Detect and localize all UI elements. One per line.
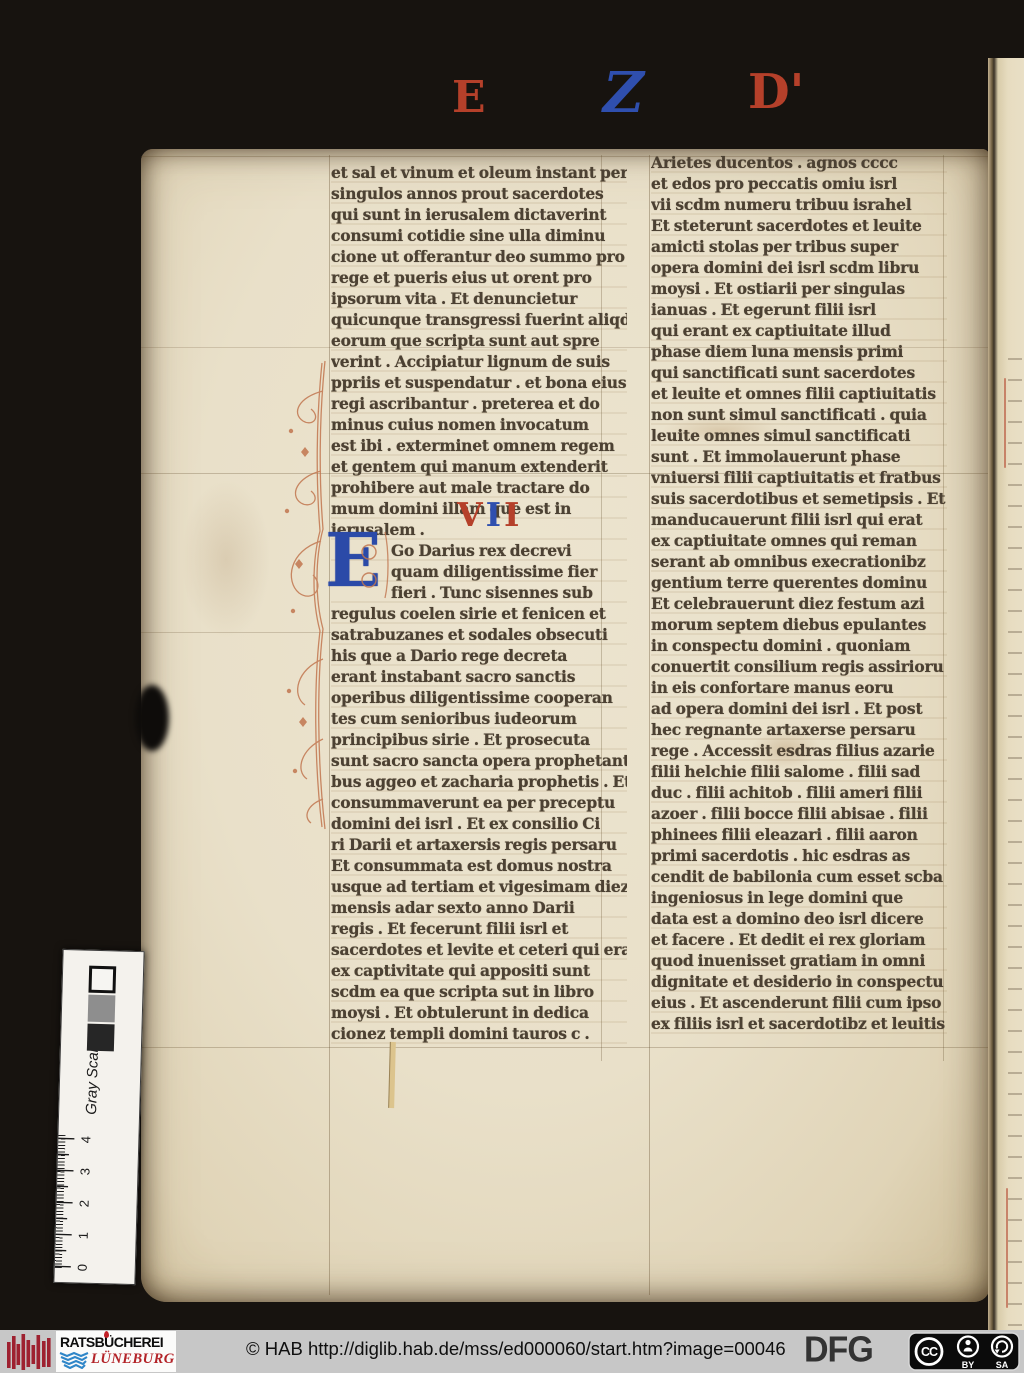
manuscript-line: usque ad tertiam et vigesimam diez [331,876,627,897]
manuscript-line: moysi . Et obtulerunt in dedica [331,1002,627,1023]
manuscript-line: et facere . Et dedit ei rex gloriam [651,929,947,950]
svg-text:SA: SA [996,1360,1009,1370]
ruler-number: 4 [78,1136,93,1144]
marginal-filigree-icon [279,359,331,831]
manuscript-line: cionez templi domini tauros c . [331,1023,627,1044]
manuscript-line: suis sacerdotibus et semetipsis . Et [651,488,947,509]
manuscript-line: sunt . Et immolauerunt phase [651,446,947,467]
ruler-number: 3 [77,1168,92,1176]
manuscript-line: opera domini dei isrl scdm libru [651,257,947,278]
manuscript-line: in conspectu domini . quoniam [651,635,947,656]
ruler-number: 2 [76,1200,91,1208]
folio-header-letter: D' [748,64,804,120]
copyright-url: © HAB http://diglib.hab.de/mss/ed000060/… [246,1338,786,1360]
manuscript-line: duc . filii achitob . filii ameri filii [651,782,947,803]
manuscript-line: moysi . Et ostiarii per singulas [651,278,947,299]
text-column-right: Arietes ducentos . agnos ccccet edos pro… [651,152,947,1038]
manuscript-line: regis . Et fecerunt filii isrl et [331,918,627,939]
ruler-number: 1 [76,1232,91,1240]
manuscript-line: azoer . filii bocce filii abisae . filii [651,803,947,824]
gray-patch-black [87,1024,115,1052]
waves-icon [59,1351,89,1369]
manuscript-line: quod inuenisset gratiam in omni [651,950,947,971]
manuscript-line: ad opera domini dei isrl . Et post [651,698,947,719]
manuscript-line: eorum que scripta sunt aut spre [331,330,627,351]
manuscript-line: ianuas . Et egerunt filii isrl [651,299,947,320]
manuscript-line: erant instabant sacro sanctis [331,666,627,687]
manuscript-line: ppriis et suspendatur . et bona eius [331,372,627,393]
manuscript-line: operibus diligentissime cooperan [331,687,627,708]
manuscript-line: ex filiis isrl et sacerdotibz et leuitis [651,1013,947,1034]
manuscript-line: et gentem qui manum extenderit [331,456,627,477]
manuscript-line: regulus coelen sirie et fenicen et [331,603,627,624]
grayscale-ruler-card: 0 1 2 3 4 Gray Scale [53,949,144,1285]
manuscript-line: ex captivitate qui appositi sunt [331,960,627,981]
manuscript-line: sunt sacro sancta opera prophetanti [331,750,627,771]
library-logo: RATSBÜCHEREI LÜNEBURG [56,1331,176,1372]
chapter-number: VII [457,495,522,534]
manuscript-line: singulos annos prout sacerdotes [331,183,627,204]
manuscript-line: ipsorum vita . Et denuncietur [331,288,627,309]
parchment-repair-strip [388,1042,396,1108]
manuscript-line: vii scdm numeru tribuu israhel [651,194,947,215]
manuscript-line: qui sunt in ierusalem dictaverint [331,204,627,225]
manuscript-line: cendit de babilonia cum esset scba [651,866,947,887]
manuscript-line: est ibi . exterminet omnem regem [331,435,627,456]
manuscript-line: manducauerunt filii isrl qui erat [651,509,947,530]
manuscript-line: conuertit consilium regis assirioru [651,656,947,677]
folio-header-letter: E [452,72,486,123]
manuscript-line: verint . Accipiatur lignum de suis [331,351,627,372]
manuscript-line: cione ut offerantur deo summo pro [331,246,627,267]
manuscript-line: ingeniosus in lege domini que [651,887,947,908]
library-city: LÜNEBURG [91,1351,175,1368]
manuscript-line: morum septem diebus epulantes [651,614,947,635]
manuscript-line: leuite omnes simul sanctificati [651,425,947,446]
manuscript-line: et sal et vinum et oleum instant per [331,162,627,183]
manuscript-line: rege et pueris eius ut orent pro [331,267,627,288]
manuscript-line: Et steterunt sacerdotes et leuite [651,215,947,236]
footer-bar: RATSBÜCHEREI LÜNEBURG © HAB http://digli… [0,1330,1024,1373]
manuscript-line: his que a Dario rege decreta [331,645,627,666]
ruling-line-horizontal [141,1047,990,1048]
folio-header-letter: Z [603,60,644,126]
manuscript-line: dignitate et desiderio in conspectu [651,971,947,992]
manuscript-line: tes cum senioribus iudeorum [331,708,627,729]
manuscript-line: consumi cotidie sine ulla diminu [331,225,627,246]
manuscript-line: Arietes ducentos . agnos cccc [651,152,947,173]
ruler-number: 0 [75,1264,90,1272]
manuscript-line: minus cuius nomen invocatum [331,414,627,435]
ruling-line-vertical [649,155,650,1295]
folio-header: EZD' [0,58,1024,148]
manuscript-line: eius . Et ascenderunt filii cum ipso [651,992,947,1013]
manuscript-line: principibus sirie . Et prosecuta [331,729,627,750]
manuscript-line: scdm ea que scripta sut in libro [331,981,627,1002]
manuscript-line: amicti stolas per tribus super [651,236,947,257]
manuscript-line: filii helchie filii salome . filii sad [651,761,947,782]
manuscript-line: qui sanctificati sunt sacerdotes [651,362,947,383]
svg-text:BY: BY [962,1360,975,1370]
library-name: RATSBÜCHEREI [60,1334,163,1350]
manuscript-line: phinees filii eleazari . filii aaron [651,824,947,845]
facing-page-decoration [1006,1188,1008,1308]
manuscript-line: hec regnante artaxerse persaru [651,719,947,740]
decorated-initial: E [325,530,391,600]
manuscript-line: Et celebrauerunt diez festum azi [651,593,947,614]
facing-page-edge [988,58,1024,1330]
text-column-left: et sal et vinum et oleum instant persing… [331,162,627,1046]
manuscript-page: et sal et vinum et oleum instant persing… [141,149,990,1302]
manuscript-line: bus aggeo et zacharia prophetis . Et [331,771,627,792]
manuscript-line: in eis confortare manus eoru [651,677,947,698]
gray-patch-white [88,966,116,994]
facing-page-decoration [1004,378,1006,468]
manuscript-line: qui erant ex captiuitate illud [651,320,947,341]
page-weight-shadow [135,685,169,751]
chapter-number-letter: I [486,495,504,534]
manuscript-line: gentium terre querentes dominu [651,572,947,593]
dfg-logo: DFG [804,1330,873,1371]
chapter-number-letter: I [504,495,522,534]
facing-page-text-glimpse [1008,358,1022,1348]
manuscript-line: consummaverunt ea per preceptu [331,792,627,813]
manuscript-line: rege . Accessit esdras filius azarie [651,740,947,761]
manuscript-line: non sunt simul sanctificati . quia [651,404,947,425]
manuscript-line: serant ab omnibus execrationibz [651,551,947,572]
manuscript-line: ri Darii et artaxersis regis persaru [331,834,627,855]
initial-penwork-icon [325,530,391,600]
manuscript-line: primi sacerdotis . hic esdras as [651,845,947,866]
manuscript-line: regi ascribantur . preterea et do [331,393,627,414]
gray-patch-mid [88,995,116,1023]
manuscript-line: et edos pro peccatis omiu isrl [651,173,947,194]
parchment-stain [181,479,271,639]
svg-text:CC: CC [921,1345,938,1359]
manuscript-line: ex captiuitate omnes qui reman [651,530,947,551]
manuscript-line: domini dei isrl . Et ex consilio Ci [331,813,627,834]
manuscript-line: phase diem luna mensis primi [651,341,947,362]
digitized-manuscript-viewer: EZD' et sal et vinum et oleum instant pe… [0,0,1024,1373]
grayscale-ruler: 0 1 2 3 4 Gray Scale [57,951,141,1283]
manuscript-line: sacerdotes et levite et ceteri qui erat [331,939,627,960]
cc-by-sa-badge: CC BY SA [908,1332,1020,1371]
library-logo-bars-icon [6,1333,54,1371]
manuscript-line: quicunque transgressi fuerint aliqd [331,309,627,330]
manuscript-line: mensis adar sexto anno Darii [331,897,627,918]
chapter-number-letter: V [457,495,486,534]
manuscript-line: et leuite et omnes filii captiuitatis [651,383,947,404]
manuscript-line: data est a domino deo isrl dicere [651,908,947,929]
manuscript-line: satrabuzanes et sodales obsecuti [331,624,627,645]
manuscript-line: Et consummata est domus nostra [331,855,627,876]
manuscript-line: vniuersi filii captiuitatis et fratbus [651,467,947,488]
logo-red-drop-icon [104,1331,109,1338]
ruler-label: Gray Scale [83,1040,102,1115]
